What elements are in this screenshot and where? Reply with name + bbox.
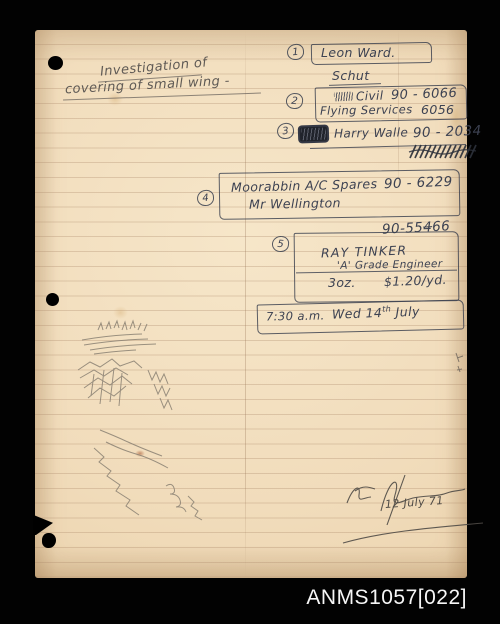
crossed-out-text bbox=[408, 143, 480, 160]
entry-2-numeral: 2 bbox=[291, 95, 298, 107]
punch-hole-middle bbox=[46, 293, 59, 306]
entry-5-name: RAY TINKER bbox=[321, 243, 408, 260]
redacted-name-blob bbox=[298, 124, 330, 143]
entry-2-org1: Civil bbox=[356, 90, 384, 104]
entry-1-numeral: 1 bbox=[292, 46, 299, 57]
notebook-page: Investigation of covering of small wing … bbox=[35, 30, 467, 578]
catalog-number: ANMS1057[022] bbox=[306, 586, 467, 610]
entry-2-org2: Flying Services bbox=[320, 103, 413, 117]
appointment-month: July bbox=[395, 304, 420, 320]
entry-1-contact: Schut bbox=[332, 69, 370, 83]
appointment-day-text: Wed 14 bbox=[332, 305, 383, 322]
entry-3-numeral: 3 bbox=[282, 125, 289, 137]
entry-1-name: Leon Ward. bbox=[321, 46, 396, 60]
entry-5-quantity: 3oz. bbox=[328, 276, 356, 290]
entry-3-phone: 90 - 2034 bbox=[413, 124, 482, 141]
fold-crease-center bbox=[245, 30, 246, 578]
scan-mount-background: Investigation of covering of small wing … bbox=[0, 0, 500, 624]
appointment-ordinal: th bbox=[382, 304, 391, 313]
entry-5-numeral: 5 bbox=[277, 238, 284, 250]
appointment-time: 7:30 a.m. bbox=[266, 309, 325, 323]
entry-4-phone: 90 - 6229 bbox=[384, 175, 453, 192]
appointment-day: Wed 14th July bbox=[332, 304, 420, 321]
entry-2-phone1: 90 - 6066 bbox=[391, 87, 458, 104]
entry-4-numeral: 4 bbox=[202, 192, 209, 204]
margin-doodles bbox=[70, 318, 240, 520]
entry-4-contact: Mr Wellington bbox=[249, 196, 341, 211]
entry-5-price: $1.20/yd. bbox=[384, 273, 447, 289]
punch-hole-top bbox=[48, 56, 63, 70]
signature-scribble bbox=[335, 467, 490, 555]
stray-pencil-mark bbox=[450, 350, 464, 374]
entry-3-name: Harry Walle bbox=[334, 126, 408, 140]
entry-2-phone2: 6056 bbox=[421, 103, 454, 117]
scribbled-out-word bbox=[334, 92, 353, 102]
